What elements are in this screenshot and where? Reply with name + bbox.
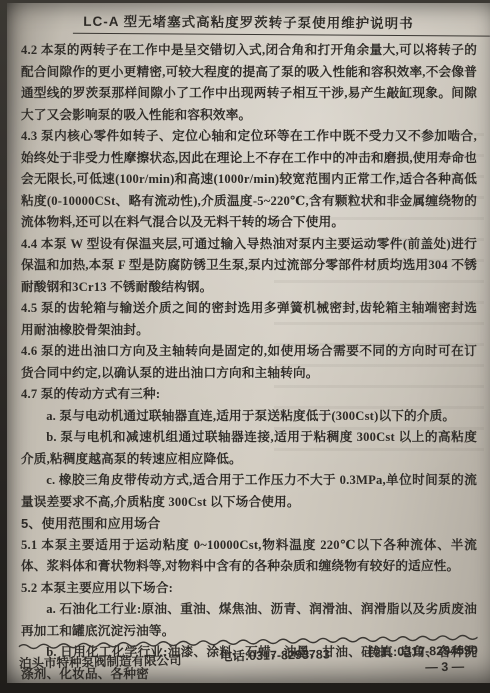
document-body: 4.2 本泵的两转子在工作中是呈交错切入式,闭合角和打开角余量大,可以将转子的配… xyxy=(7,35,490,685)
footer-company-name: 泊头市特种泵阀制造有限公司 xyxy=(19,646,182,671)
paragraph-4-6: 4.6 泵的进出油口方向及主轴转向是固定的,如使用场合需要不同的方向时可在订货合… xyxy=(21,341,477,384)
paragraph-4-3: 4.3 泵内核心零件如转子、定位心轴和定位环等在工作中既不受力又不参加啮合,始终… xyxy=(21,126,477,234)
document-page: LC-A 型无堵塞式高粘度罗茨转子泵使用维护说明书 4.2 本泵的两转子在工作中… xyxy=(7,3,490,683)
photo-background: LC-A 型无堵塞式高粘度罗茨转子泵使用维护说明书 4.2 本泵的两转子在工作中… xyxy=(0,0,490,693)
footer-page-number: — 3 — xyxy=(368,659,478,675)
list-item-b-drive: b. 泵与电机和减速机组通过联轴器连接,适用于粘稠度 300Cst 以上的高粘度… xyxy=(21,427,477,470)
paragraph-4-5: 4.5 泵的齿轮箱与输送介质之间的密封选用多弹簧机械密封,齿轮箱主轴端密封选用耐… xyxy=(21,298,477,341)
page-header: LC-A 型无堵塞式高粘度罗茨转子泵使用维护说明书 xyxy=(7,1,490,36)
footer-right-block: 传真:0317-8294590 — 3 — xyxy=(368,640,478,675)
document-title: LC-A 型无堵塞式高粘度罗茨转子泵使用维护说明书 xyxy=(7,9,490,32)
footer-phone: 电话:0317-8293783 xyxy=(220,643,330,664)
paragraph-5-2: 5.2 本泵主要应用以下场合: xyxy=(21,578,477,600)
list-item-c-drive: c. 橡胶三角皮带传动方式,适合用于工作压力不大于 0.3MPa,单位时间泵的流… xyxy=(21,470,477,513)
paragraph-4-4: 4.4 本泵 W 型设有保温夹层,可通过输入导热油对泵内主要运动零件(前盖处)进… xyxy=(21,234,477,299)
paragraph-4-2: 4.2 本泵的两转子在工作中是呈交错切入式,闭合角和打开角余量大,可以将转子的配… xyxy=(21,40,477,126)
paragraph-4-7: 4.7 泵的传动方式有三种: xyxy=(21,384,477,406)
list-item-a-drive: a. 泵与电动机通过联轴器直连,适用于泵送粘度低于(300Cst)以下的介质。 xyxy=(21,406,477,428)
footer-fax: 传真:0317-8294590 xyxy=(368,640,478,660)
paragraph-5-1: 5.1 本泵主要适用于运动粘度 0~10000Cst,物料温度 220℃以下各种… xyxy=(21,535,477,578)
section-5-heading: 5、使用范围和应用场合 xyxy=(21,513,477,535)
